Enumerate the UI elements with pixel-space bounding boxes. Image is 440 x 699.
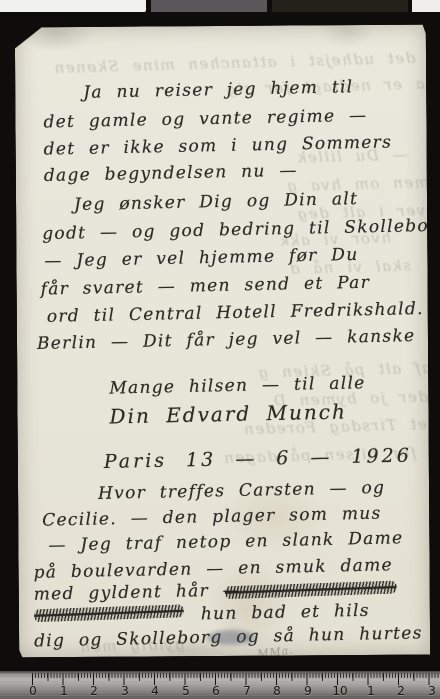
pencil-archive-note: MMa. (257, 644, 295, 661)
crossed-out-scribble (225, 581, 397, 600)
calibration-black-patch (272, 0, 408, 12)
calibration-white-patch (0, 0, 146, 12)
handwritten-line: Berlin — Dit får jeg vel — kanske (37, 326, 416, 354)
handwritten-line: får svaret — men send et Par (40, 273, 370, 300)
ruler-number: 10 (332, 684, 347, 698)
ruler-number: 2 (90, 684, 98, 698)
signature-line: Din Edvard Munch (109, 399, 347, 428)
ruler-number: 2 (397, 684, 405, 698)
ruler-number: 1 (60, 684, 68, 698)
handwritten-line: det gamle og vante regime — (43, 106, 367, 133)
handwritten-line: Cecilie. — den plager som mus (42, 504, 382, 531)
handwritten-line: på boulevarden — en smuk dame (33, 555, 393, 583)
handwritten-line: Hvor treffes Carsten — og (98, 478, 386, 504)
calibration-white-patch-right (412, 0, 440, 12)
photographed-letter-scan: det udhejst i attanchen mine Skønen hva … (0, 0, 440, 699)
ruler-number: 0 (29, 684, 37, 698)
folded-corner (15, 23, 47, 51)
handwritten-line: — Jeg traf netop en slank Dame (48, 528, 403, 555)
calibration-gray-patch (151, 0, 267, 12)
ruler-number: 6 (212, 684, 220, 698)
handwritten-line: hun bad et hils (201, 601, 370, 625)
ruler-number: 3 (121, 684, 129, 698)
ruler-number: 5 (182, 684, 190, 698)
ruler-number: 7 (243, 684, 251, 698)
ruler-number: 4 (151, 684, 159, 698)
handwritten-line: dage begyndelsen nu — (44, 161, 298, 186)
ruler-number: 8 (273, 684, 281, 698)
letter-page: det udhejst i attanchen mine Skønen hva … (15, 25, 430, 658)
measuring-ruler: 0 1 2 3 4 5 6 7 8 9 10 1 2 3 (0, 671, 440, 699)
handwritten-line: Ja nu reiser jeg hjem til (83, 77, 354, 103)
place-date-line: Paris 13 — 6 — 1926 (104, 445, 412, 473)
ruler-number: 3 (428, 684, 436, 698)
bleed-through-line: det udhejst i attanchen mine Skønen (53, 49, 416, 77)
handwritten-line: ord til Central Hotell Fredrikshald. (47, 299, 424, 327)
ruler-number: 9 (304, 684, 312, 698)
crossed-out-scribble (34, 604, 184, 622)
ruler-number: 1 (367, 684, 375, 698)
handwritten-line: med gyldent hår — (34, 580, 242, 604)
